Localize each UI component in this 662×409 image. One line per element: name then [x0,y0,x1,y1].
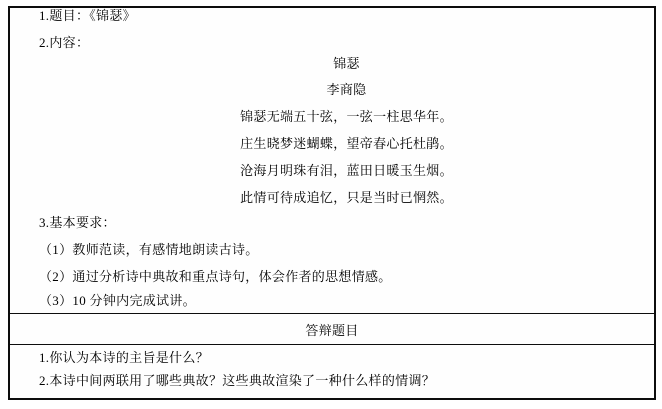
poem-line: 庄生晓梦迷蝴蝶，望帝春心托杜鹃。 [39,136,654,151]
poem-line: 沧海月明珠有泪，蓝田日暖玉生烟。 [39,163,654,178]
poem-line: 此情可待成追忆，只是当时已惘然。 [39,190,654,205]
defense-header-label: 答辩题目 [305,320,358,339]
requirement-item: （1）教师范读，有感情地朗读古诗。 [39,242,259,257]
poem-author: 李商隐 [39,82,654,97]
poem-title: 锦瑟 [39,56,654,71]
defense-question: 2.本诗中间两联用了哪些典故？这些典故渲染了一种什么样的情调？ [39,373,435,388]
question-main-section: 1.题目：《锦瑟》 2.内容： 锦瑟 李商隐 锦瑟无端五十弦，一弦一柱思华年。 … [10,8,654,313]
requirement-item: （3）10 分钟内完成试讲。 [39,293,196,308]
defense-questions-section: 1.你认为本诗的主旨是什么？ 2.本诗中间两联用了哪些典故？这些典故渲染了一种什… [10,345,654,398]
exam-question-card: 1.题目：《锦瑟》 2.内容： 锦瑟 李商隐 锦瑟无端五十弦，一弦一柱思华年。 … [8,6,656,400]
requirements-label: 3.基本要求： [39,215,116,230]
requirement-item: （2）通过分析诗中典故和重点诗句，体会作者的思想情感。 [39,269,392,284]
content-label: 2.内容： [39,35,89,50]
exam-title-line: 1.题目：《锦瑟》 [39,8,136,23]
poem-line: 锦瑟无端五十弦，一弦一柱思华年。 [39,109,654,124]
defense-header-row: 答辩题目 [10,313,654,345]
defense-question: 1.你认为本诗的主旨是什么？ [39,350,209,365]
